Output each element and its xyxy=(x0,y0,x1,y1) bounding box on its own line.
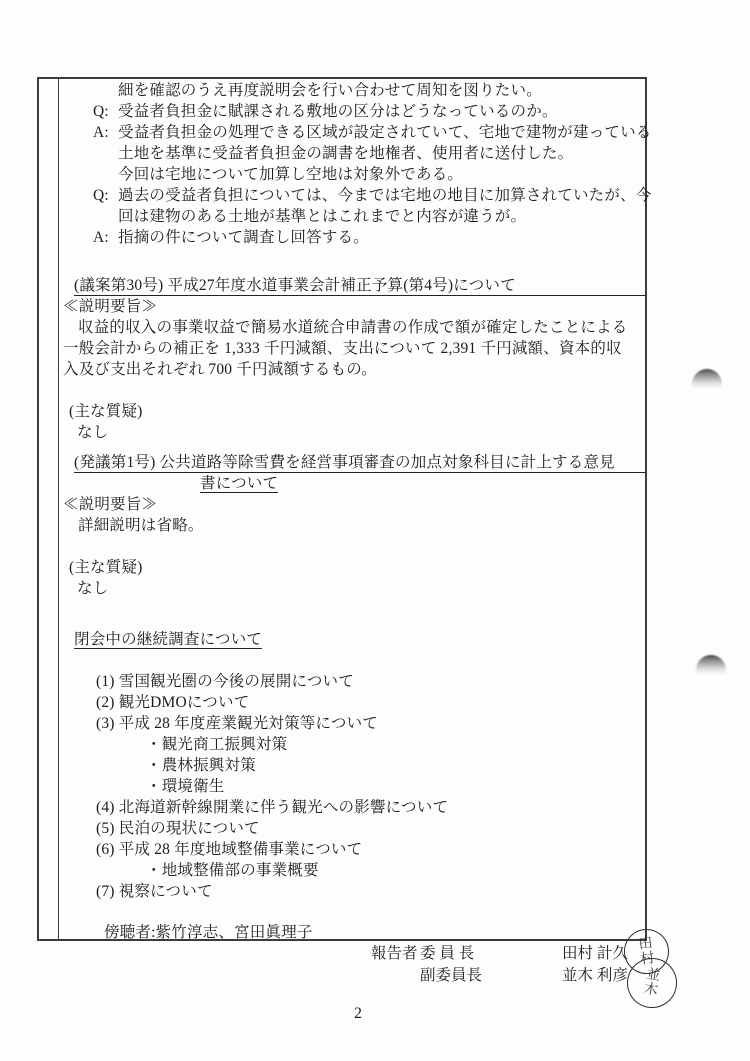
qa-prefix xyxy=(93,164,118,185)
list-item: (7) 視察について xyxy=(96,881,647,902)
qa-line: Q:受益者負担金に賦課される敷地の区分はどうなっているのか。 xyxy=(93,101,649,122)
summary-line: 一般会計からの補正を 1,333 千円減額、支出について 2,391 千円減額、… xyxy=(63,338,647,359)
summary-label: ≪説明要旨≫ xyxy=(63,494,647,515)
qa-text: 過去の受益者負担については、今までは宅地の地目に加算されていたが、今 xyxy=(118,185,652,206)
qa-prefix xyxy=(93,143,118,164)
list-subitem: ・地域整備部の事業概要 xyxy=(146,860,647,881)
qa-line: Q:過去の受益者負担については、今までは宅地の地目に加算されていたが、今 xyxy=(93,185,649,206)
chair-name: 田村 計久 xyxy=(562,943,628,964)
blank-line xyxy=(63,650,647,671)
qa-text: 今回は宅地について加算し空地は対象外である。 xyxy=(118,164,463,185)
scanned-minutes-page: 細を確認のうえ再度説明会を行い合わせて周知を図りたい。 Q:受益者負担金に賦課さ… xyxy=(0,0,750,1061)
summary-label: ≪説明要旨≫ xyxy=(63,296,647,317)
blank-line xyxy=(63,536,647,557)
heading-underline-text: 閉会中の継続調査について xyxy=(74,629,262,649)
reporter-label: 報告者 xyxy=(371,943,418,964)
section-motion1: (発議第1号) 公共道路等除雪費を経営事項審査の加点対象科目に計上する意見 書に… xyxy=(63,452,647,599)
section-bill30: (議案第30号) 平成27年度水道事業会計補正予算(第4号)について ≪説明要旨… xyxy=(63,275,647,443)
qa-prefix: A: xyxy=(93,122,118,143)
qa-text: 受益者負担金に賦課される敷地の区分はどうなっているのか。 xyxy=(118,101,558,122)
vice-chair-title: 副委員長 xyxy=(420,965,482,986)
list-item: (5) 民泊の現状について xyxy=(96,818,647,839)
qa-prefix xyxy=(93,80,118,101)
qa-line: A:受益者負担金の処理できる区域が設定されていて、宅地で建物が建っている xyxy=(93,122,649,143)
list-subitem: ・農林振興対策 xyxy=(146,755,647,776)
section-heading-line1: (発議第1号) 公共道路等除雪費を経営事項審査の加点対象科目に計上する意見 xyxy=(74,452,645,473)
qa-text: 回は建物のある土地が基準とはこれまでと内容が違うが。 xyxy=(118,206,526,227)
binding-margin-rule xyxy=(58,79,59,939)
blank-line xyxy=(63,380,647,401)
section-heading: 閉会中の継続調査について xyxy=(74,629,647,650)
questions-value: なし xyxy=(77,422,647,443)
list-item: (1) 雪国観光圏の今後の展開について xyxy=(96,671,647,692)
qa-prefix: A: xyxy=(93,227,118,248)
punch-hole-artifact xyxy=(696,655,726,685)
list-item: (2) 観光DMOについて xyxy=(96,692,647,713)
qa-line: 回は建物のある土地が基準とはこれまでと内容が違うが。 xyxy=(93,206,649,227)
heading-underline-text: 書について xyxy=(200,473,278,493)
list-subitem: ・環境衛生 xyxy=(146,776,647,797)
section-heading: (議案第30号) 平成27年度水道事業会計補正予算(第4号)について xyxy=(74,275,645,296)
punch-hole-artifact xyxy=(692,369,722,399)
section-heading-line2: 書について xyxy=(200,473,647,494)
section-continued-investigation: 閉会中の継続調査について (1) 雪国観光圏の今後の展開について (2) 観光D… xyxy=(63,629,647,902)
qa-text: 受益者負担金の処理できる区域が設定されていて、宅地で建物が建っている xyxy=(118,122,652,143)
questions-label: (主な質疑) xyxy=(69,401,647,422)
summary-line: 収益的収入の事業収益で簡易水道統合申請書の作成で額が確定したことによる xyxy=(63,317,647,338)
questions-value: なし xyxy=(77,578,647,599)
summary-line: 詳細説明は省略。 xyxy=(63,515,647,536)
qa-text: 土地を基準に受益者負担金の調書を地権者、使用者に送付した。 xyxy=(118,143,573,164)
observers-line: 傍聴者:紫竹淳志、宮田眞理子 xyxy=(104,922,313,943)
qa-line: 今回は宅地について加算し空地は対象外である。 xyxy=(93,164,649,185)
questions-label: (主な質疑) xyxy=(69,557,647,578)
qa-line: A:指摘の件について調査し回答する。 xyxy=(93,227,649,248)
qa-line: 土地を基準に受益者負担金の調書を地権者、使用者に送付した。 xyxy=(93,143,649,164)
list-item: (3) 平成 28 年度産業観光対策等について xyxy=(96,713,647,734)
chair-title: 委 員 長 xyxy=(420,943,474,964)
qa-prefix: Q: xyxy=(93,185,118,206)
list-item: (4) 北海道新幹線開業に伴う観光への影響について xyxy=(96,797,647,818)
list-subitem: ・観光商工振興対策 xyxy=(146,734,647,755)
qa-text: 指摘の件について調査し回答する。 xyxy=(118,227,369,248)
qa-prefix xyxy=(93,206,118,227)
list-item: (6) 平成 28 年度地域整備事業について xyxy=(96,839,647,860)
qa-prefix: Q: xyxy=(93,101,118,122)
qa-block: 細を確認のうえ再度説明会を行い合わせて周知を図りたい。 Q:受益者負担金に賦課さ… xyxy=(93,80,649,248)
page-number: 2 xyxy=(354,1003,362,1024)
summary-line: 入及び支出それぞれ 700 千円減額するもの。 xyxy=(63,359,647,380)
seal-text: 並木 xyxy=(642,967,662,999)
vice-chair-name: 並木 利彦 xyxy=(562,965,628,986)
qa-text: 細を確認のうえ再度説明会を行い合わせて周知を図りたい。 xyxy=(118,80,542,101)
observers-text: 傍聴者:紫竹淳志、宮田眞理子 xyxy=(104,922,313,943)
carryover-line: 細を確認のうえ再度説明会を行い合わせて周知を図りたい。 xyxy=(93,80,649,101)
